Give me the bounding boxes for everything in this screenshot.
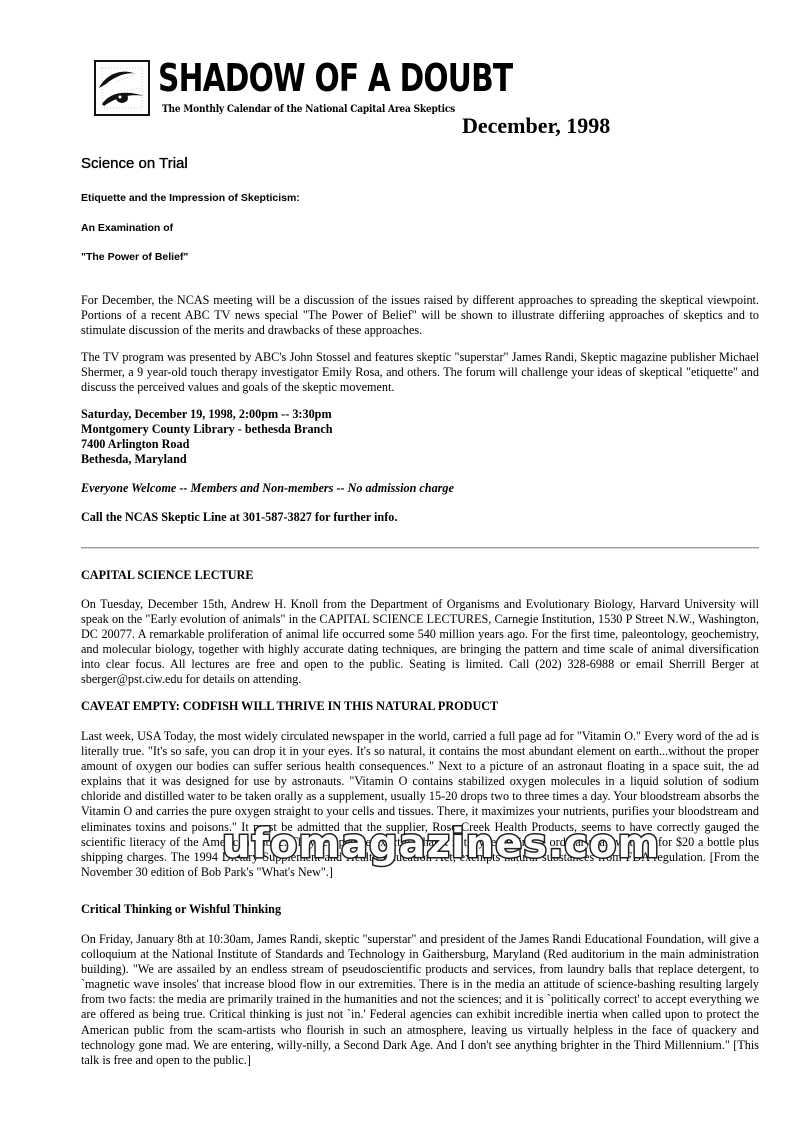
newsletter-subtitle: The Monthly Calendar of the National Cap…: [162, 104, 455, 115]
feature-subtitle-3: "The Power of Belief": [81, 251, 188, 263]
feature-paragraph-1: For December, the NCAS meeting will be a…: [81, 293, 759, 338]
section-heading-caveat: CAVEAT EMPTY: CODFISH WILL THRIVE IN THI…: [81, 699, 498, 714]
newsletter-title: SHADOW OF A DOUBT: [158, 56, 512, 100]
feature-subtitle-1: Etiquette and the Impression of Skeptici…: [81, 192, 300, 204]
event-venue: Montgomery County Library - bethesda Bra…: [81, 422, 333, 437]
event-datetime: Saturday, December 19, 1998, 2:00pm -- 3…: [81, 407, 333, 422]
section-body-lecture: On Tuesday, December 15th, Andrew H. Kno…: [81, 597, 759, 688]
welcome-note: Everyone Welcome -- Members and Non-memb…: [81, 481, 454, 496]
feature-subtitle-2: An Examination of: [81, 222, 173, 234]
event-city: Bethesda, Maryland: [81, 452, 333, 467]
issue-date: December, 1998: [462, 113, 610, 139]
section-body-critical-thinking: On Friday, January 8th at 10:30am, James…: [81, 932, 759, 1068]
event-details: Saturday, December 19, 1998, 2:00pm -- 3…: [81, 407, 333, 467]
feature-kicker: Science on Trial: [81, 155, 188, 172]
newsletter-page: SHADOW OF A DOUBT The Monthly Calendar o…: [0, 0, 800, 1131]
section-heading-lecture: CAPITAL SCIENCE LECTURE: [81, 568, 253, 583]
section-divider: [81, 547, 759, 549]
eye-icon: [94, 60, 150, 116]
feature-paragraph-2: The TV program was presented by ABC's Jo…: [81, 350, 759, 395]
event-street: 7400 Arlington Road: [81, 437, 333, 452]
watermark: ufomagazines.com: [222, 822, 660, 866]
masthead: SHADOW OF A DOUBT The Monthly Calendar o…: [94, 60, 454, 122]
section-heading-critical-thinking: Critical Thinking or Wishful Thinking: [81, 902, 281, 917]
skeptic-line-info: Call the NCAS Skeptic Line at 301-587-38…: [81, 510, 397, 525]
